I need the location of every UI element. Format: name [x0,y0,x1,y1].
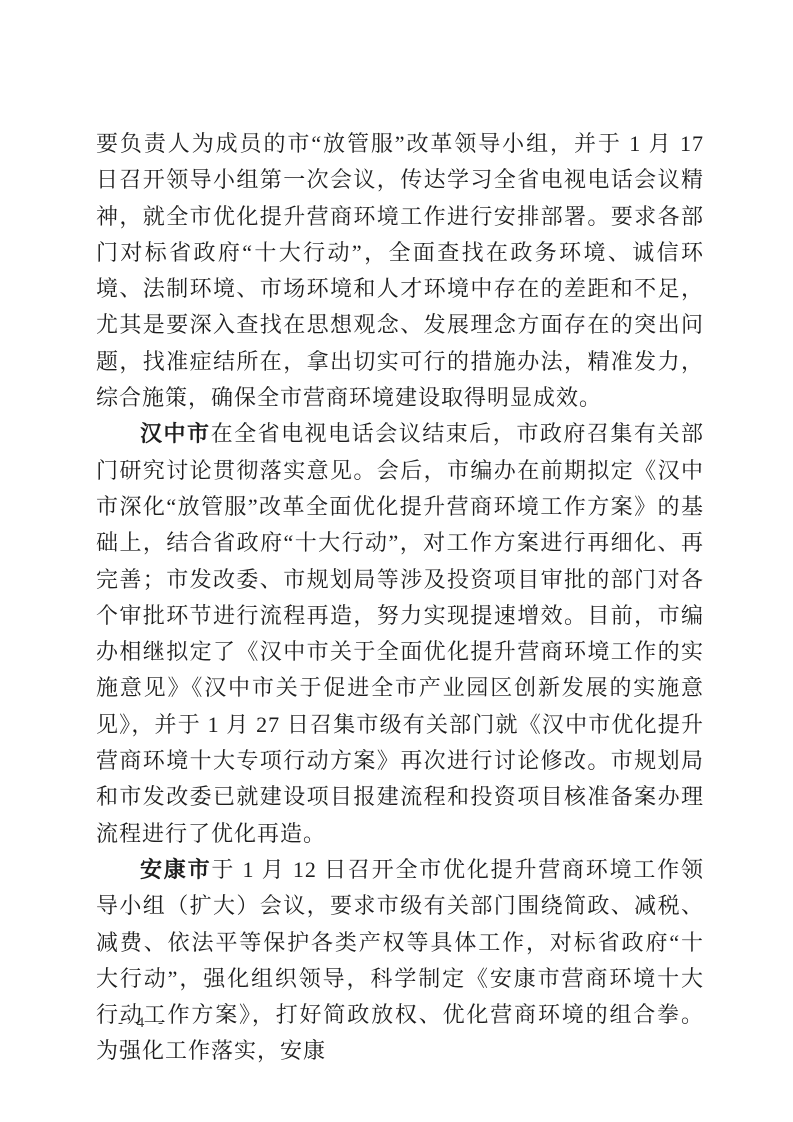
paragraph-lead-hanzhong: 汉中市 [140,421,211,446]
document-page: 要负责人为成员的市“放管服”改革领导小组，并于 1 月 17 日召开领导小组第一… [0,0,793,1122]
paragraph-continuation: 要负责人为成员的市“放管服”改革领导小组，并于 1 月 17 日召开领导小组第一… [96,126,704,416]
page-number: - 4 - [118,1015,168,1032]
paragraph-lead-ankang: 安康市 [140,857,211,882]
paragraph-hanzhong: 汉中市在全省电视电话会议结束后，市政府召集有关部门研究讨论贯彻落实意见。会后，市… [96,416,704,852]
paragraph-text: 要负责人为成员的市“放管服”改革领导小组，并于 1 月 17 日召开领导小组第一… [96,131,704,410]
paragraph-text: 在全省电视电话会议结束后，市政府召集有关部门研究讨论贯彻落实意见。会后，市编办在… [96,421,704,845]
paragraph-ankang: 安康市于 1 月 12 日召开全市优化提升营商环境工作领导小组（扩大）会议，要求… [96,852,704,1070]
paragraph-text: 于 1 月 12 日召开全市优化提升营商环境工作领导小组（扩大）会议，要求市级有… [96,857,704,1063]
document-body: 要负责人为成员的市“放管服”改革领导小组，并于 1 月 17 日召开领导小组第一… [96,126,704,1070]
